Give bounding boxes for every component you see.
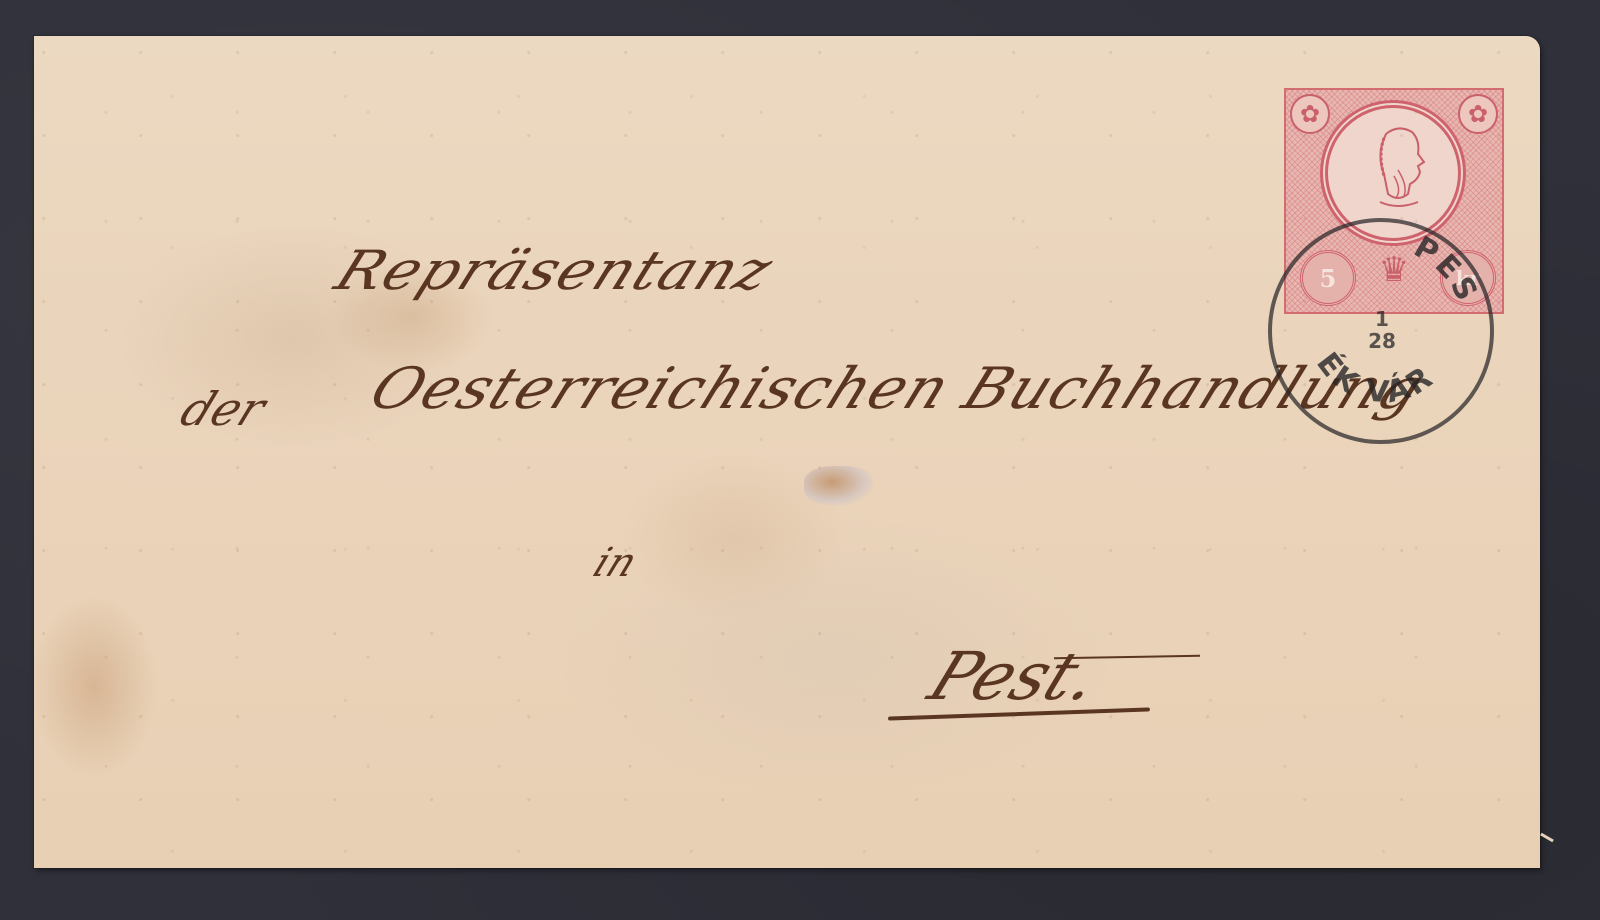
- postmark-top-text: PES: [1408, 230, 1485, 309]
- foxing-stain: [804, 466, 874, 506]
- svg-text:PES: PES: [1408, 230, 1485, 309]
- envelope: Repräsentanz der Oesterreichischen Buchh…: [34, 36, 1540, 868]
- portrait-medallion: [1320, 100, 1466, 246]
- address-line-1: Repräsentanz: [326, 240, 782, 303]
- stamp-value-currency: kr: [1440, 250, 1496, 306]
- circular-postmark: PES ÉK VÁR 1 28: [1268, 218, 1494, 444]
- imprinted-stamp: ♛ 5 kr: [1284, 88, 1504, 314]
- svg-text:ÉK VÁR: ÉK VÁR: [1309, 346, 1441, 411]
- stamp-value-numeral: 5: [1300, 250, 1356, 306]
- rosette-icon: [1290, 94, 1330, 134]
- address-line-2-prefix: der: [173, 382, 273, 436]
- postmark-arc-text: PES ÉK VÁR: [1268, 218, 1494, 444]
- city-strikethrough: [888, 707, 1150, 720]
- address-line-2: Oesterreichischen Buchhandlung: [361, 356, 1434, 423]
- address-line-3: in: [587, 540, 644, 586]
- postmark-date: 1 28: [1362, 308, 1402, 352]
- laureate-head-profile-icon: [1368, 124, 1430, 214]
- city-strikethrough-upper: [1054, 655, 1200, 660]
- address-line-4-city: Pest.: [918, 638, 1111, 715]
- rosette-icon: [1458, 94, 1498, 134]
- crown-icon: ♛: [1370, 240, 1418, 300]
- postmark-bottom-text: ÉK VÁR: [1309, 346, 1441, 411]
